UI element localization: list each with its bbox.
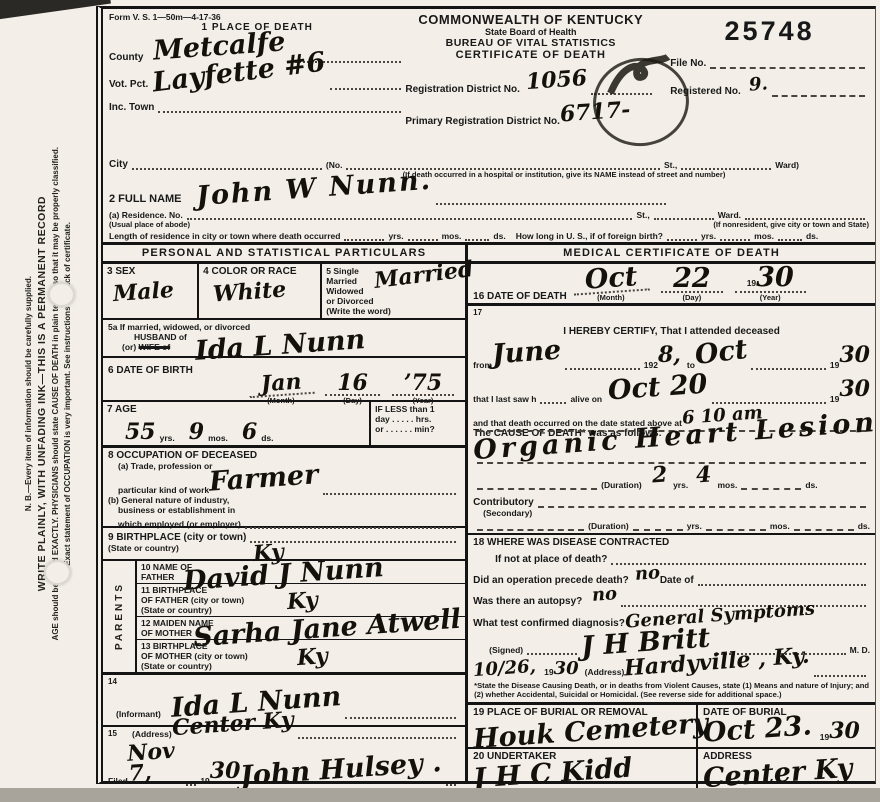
father-bp-value: Ky [286,590,318,612]
lastsaw-19: 19 [830,394,839,404]
color-value: White [213,281,287,306]
vot-pct-label: Vot. Pct. [109,79,148,90]
blank-line [446,773,456,787]
blank-line [772,83,865,97]
undertaker-address-value: Center Ky [702,757,853,792]
blank-line [667,234,697,241]
reg-district-label: Registration District No. [405,84,519,95]
contracted-q4: What test confirmed diagnosis? [473,618,625,629]
from-month-value: June [491,339,562,368]
blank-line [132,156,322,170]
yrs-label: yrs. [687,521,702,531]
ds-label: ds. [858,521,870,531]
margin-note-occupation: Exact statement of OCCUPATION is very im… [63,222,72,566]
bureau-title: BUREAU OF VITAL STATISTICS [405,37,656,49]
dob-row: 6 DATE OF BIRTH Jan(Month) 16(Day) ’75(Y… [103,358,465,402]
residence-st-label: St., [636,210,649,220]
ds-label: ds. [493,231,505,241]
undertaker-value: J H C Kidd [472,756,633,791]
contracted-title: 18 WHERE WAS DISEASE CONTRACTED [473,537,870,548]
city-no-label: (No. [326,160,343,170]
age-row: 7 AGE 55 yrs. 9 mos. 6 ds. IF LESS than … [103,402,465,448]
blank-line [706,518,766,532]
ifless-2: day . . . . . hrs. [375,414,461,424]
burial-yy: 30 [829,722,860,742]
from-label: from [473,360,492,370]
blank-line [323,481,457,495]
margin-note-nb: N. B.—Every item of information should b… [24,276,33,511]
duration-label: (Duration) [588,521,629,531]
to-label: to [687,360,695,370]
dob-month-value: Jan [248,372,314,398]
sex-cell: 3 SEX Male [103,264,197,318]
burial-date-cell: DATE OF BURIAL Oct 23. 19 30 [696,705,875,747]
sig-19: 19 [544,667,553,677]
blank-line [344,234,384,241]
length-label: Length of residence in city or town wher… [109,231,340,241]
age-mos-value: 9 [189,423,204,443]
father-name-row: 10 NAME OF FATHER David J Nunn [137,561,465,584]
color-label: 4 COLOR OR RACE [203,266,316,277]
blank-line [186,773,196,787]
ifless-1: IF LESS than 1 [375,404,461,414]
filed-yy: 30 [210,762,241,782]
city-ward-label: Ward) [775,160,799,170]
city-row: City (No. St., Ward) (If death occurred … [103,155,875,180]
lastsaw-label: that I last saw h [473,394,536,404]
ifless-3: or . . . . . . min? [375,424,461,434]
hole-punch [44,560,71,585]
filed-date: Nov 7, [127,741,184,784]
blank-line [710,55,865,69]
lastsaw-yy-value: 30 [839,380,870,400]
serial-number: 25748 [670,16,869,47]
registered-no-value: 9. [748,76,768,93]
dod-19: 19 [747,278,756,288]
hole-punch [48,282,75,307]
autopsy-answer: no [592,586,618,604]
filed-row: 15 Filed Nov 7, 19 30 John Hulsey . Regi… [103,727,465,781]
blank-line [633,518,683,532]
date-of-death-row: 16 DATE OF DEATH Oct(Month) 22(Day) 1930… [468,264,875,306]
secondary-label: (Secondary) [473,508,870,518]
disease-contracted-block: 18 WHERE WAS DISEASE CONTRACTED If not a… [468,535,875,678]
spouse-label-3: (or) [122,342,136,352]
dod-label: 16 DATE OF DEATH [473,291,567,302]
margin-note-write-plainly: WRITE PLAINLY, WITH UNFADING INK—THIS IS… [36,196,48,591]
residence-label: (a) Residence. No. [109,210,183,220]
mother-birthplace-row: 13 BIRTHPLACE OF MOTHER (city or town) (… [137,640,465,672]
alive-label: alive on [570,394,602,404]
month-caption: (Month) [597,293,624,302]
binding-margin: N. B.—Every item of information should b… [0,0,96,788]
age-label: 7 AGE [107,404,365,415]
inc-town-label: Inc. Town [109,102,154,113]
form-number: Form V. S. 1—50m—4-17-36 [109,12,405,22]
marital-cell: 5 Single Married Widowed or Divorced (Wr… [320,264,465,318]
blank-line [741,477,801,491]
age-yrs-label: yrs. [160,433,175,443]
occupation-row: 8 OCCUPATION OF DECEASED (a) Trade, prof… [103,448,465,528]
signature-yy: 30 [554,661,579,677]
primary-district-label: Primary Registration District No. [405,116,559,127]
personal-column: PERSONAL AND STATISTICAL PARTICULARS 3 S… [103,245,468,781]
abode-note: (Usual place of abode) [109,220,190,229]
blank-line [477,477,597,491]
undertaker-address-cell: ADDRESS Center Ky [696,747,875,789]
stamp-scribble [596,49,687,114]
if-less-cell: IF LESS than 1 day . . . . . hrs. or . .… [369,402,465,445]
medical-column: MEDICAL CERTIFICATE OF DEATH 16 DATE OF … [468,245,875,781]
from-192: 192 [644,360,658,370]
certify-number: 17 [473,308,482,317]
birthplace-row: 9 BIRTHPLACE (city or town) (State or co… [103,528,465,561]
blank-line [654,207,714,221]
blank-line [345,705,456,719]
informant-label: (Informant) [116,709,161,719]
blank-line [465,234,489,241]
blank-line [538,494,866,508]
blank-line [681,156,771,170]
cause-duration-yrs: 2 [651,466,668,487]
blank-line [330,76,401,90]
yrs-label: yrs. [388,231,403,241]
informant-number: 14 [108,677,117,686]
birthplace-label: 9 BIRTHPLACE (city or town) [108,532,246,543]
blank-line [245,515,456,529]
yrs-label: yrs. [673,480,688,490]
mos-label: mos. [754,231,774,241]
board-title: State Board of Health [405,27,656,37]
occ-a-label-2: particular kind of work [108,485,209,495]
blank-line [720,234,750,241]
occupation-label: 8 OCCUPATION OF DECEASED [108,450,460,461]
contracted-q3: Was there an autopsy? [473,596,582,607]
city-label: City [109,159,128,170]
parents-side-label-cell: PARENTS [103,561,137,672]
age-ds-value: 6 [242,423,257,443]
length-of-residence-row: Length of residence in city or town wher… [103,230,875,242]
ds-label: ds. [806,231,818,241]
full-name-row: 2 FULL NAME John W Nunn. [103,180,875,206]
marital-label-4: or Divorced [326,296,461,306]
mother-bp-value: Ky [296,646,328,668]
age-mos-label: mos. [208,433,228,443]
contracted-q2b: Date of [660,575,694,586]
burial-block: 19 PLACE OF BURIAL OR REMOVAL Houk Cemet… [468,705,875,789]
scan-bottom-band [0,788,880,802]
blank-line [794,518,854,532]
blank-line [527,641,577,655]
hospital-note: (If death occurred in a hospital or inst… [109,170,869,179]
form-header: Form V. S. 1—50m—4-17-36 1 PLACE OF DEAT… [103,9,875,155]
contributory-block: Contributory (Secondary) (Duration) yrs.… [468,492,875,535]
yrs-label: yrs. [701,231,716,241]
mos-label: mos. [718,480,738,490]
sex-value: Male [112,281,174,305]
parents-block: PARENTS 10 NAME OF FATHER David J Nunn 1… [103,561,465,675]
blank-line [814,663,866,677]
birthplace-sub-label: (State or country) [108,543,460,553]
from-year-value: 8, [658,346,681,366]
occ-b-label-1: (b) General nature of industry, [108,495,460,505]
dod-day-value: 22 [661,267,723,293]
md-label: M. D. [850,645,870,655]
city-st-label: St., [664,160,677,170]
mother-name-row: 12 MAIDEN NAME OF MOTHER Sarha Jane Atwe… [137,617,465,640]
certificate-form: Form V. S. 1—50m—4-17-36 1 PLACE OF DEAT… [96,6,876,784]
dob-day-value: 16 [325,374,380,396]
lastsaw-date-value: Oct 20 [607,372,708,403]
dod-month-value: Oct [572,265,650,297]
burial-date-value: Oct 23. [702,714,812,746]
county-label: County [109,52,143,63]
burial-place-cell: 19 PLACE OF BURIAL OR REMOVAL Houk Cemet… [468,705,696,747]
marital-label-5: (Write the word) [326,306,461,316]
main-grid: PERSONAL AND STATISTICAL PARTICULARS 3 S… [103,242,875,781]
title-block: COMMONWEALTH OF KENTUCKY State Board of … [405,12,656,155]
residence-row: (a) Residence. No. St., Ward. (Usual pla… [103,206,875,231]
occ-b-label-2: business or establishment in [108,505,460,515]
signature-date: 10/26, [473,658,537,679]
age-ds-label: ds. [261,433,273,443]
residence-ward-label: Ward. [718,210,741,220]
full-name-label: 2 FULL NAME [109,193,182,205]
occupation-value: Farmer [208,463,319,495]
file-numbers-block: 25748 File No. Registered No. 9. [656,12,869,155]
cause-duration-mos: 4 [696,466,713,487]
howlong-label: How long in U. S., if of foreign birth? [516,231,663,241]
mos-label: mos. [770,521,790,531]
blank-line [698,573,866,587]
blank-line [751,356,826,370]
year-caption: (Year) [760,293,781,302]
reg-district-value: 1056 [525,69,587,93]
undertaker-cell: 20 UNDERTAKER J H C Kidd [468,747,696,789]
filed-label: Filed [108,776,128,786]
place-of-death-block: Form V. S. 1—50m—4-17-36 1 PLACE OF DEAT… [109,12,405,155]
blank-line [158,100,401,114]
blank-line [565,356,640,370]
blank-line [778,234,802,241]
blank-line [712,390,826,404]
operation-answer: no [634,565,660,583]
sex-label: 3 SEX [107,266,193,277]
blank-line [436,191,666,205]
sig-address-label: (Address) [585,667,625,677]
burial-19: 19 [820,732,829,742]
filed-number: 15 [108,729,117,738]
medical-title: MEDICAL CERTIFICATE OF DEATH [468,245,875,264]
sex-color-marital-row: 3 SEX Male 4 COLOR OR RACE White 5 Singl… [103,264,465,320]
signed-label: (Signed) [489,645,523,655]
blank-line [408,234,438,241]
duration-label: (Duration) [601,480,642,490]
cause-block: Organic Heart Lesion (Duration) 2 yrs. 4… [468,416,875,492]
to-yy-value: 30 [839,346,870,366]
filed-19: 19 [200,776,209,786]
age-cell: 7 AGE 55 yrs. 9 mos. 6 ds. [103,402,369,445]
blank-line [745,207,865,221]
mos-label: mos. [442,231,462,241]
day-caption: (Day) [683,293,702,302]
blank-line [540,390,566,404]
contributory-label: Contributory [473,497,534,508]
registrar-signature: John Hulsey . [240,751,443,789]
certify-block: 17 I HEREBY CERTIFY, That I attended dec… [468,306,875,416]
spouse-label-wife: WIFE of [139,342,171,352]
to-month-value: Oct [694,338,749,369]
to-19: 19 [830,360,839,370]
nonresident-note: (If nonresident, give city or town and S… [713,220,869,229]
blank-line [477,518,584,532]
commonwealth-title: COMMONWEALTH OF KENTUCKY [405,12,656,27]
dod-yy-value: 30 [756,262,794,293]
blank-line [187,207,633,221]
color-cell: 4 COLOR OR RACE White [197,264,320,318]
age-yrs-value: 55 [125,423,156,443]
dob-year-value: ’75 [392,374,454,396]
dob-label: 6 DATE OF BIRTH [108,365,193,376]
ds-label: ds. [805,480,817,490]
parents-side-label: PARENTS [114,582,125,650]
personal-title: PERSONAL AND STATISTICAL PARTICULARS [103,245,465,264]
informant-row: 14 (Informant) Ida L Nunn (Address) Cent… [103,675,465,727]
contracted-q1: If not at place of death? [495,554,607,565]
spouse-row: 5a If married, widowed, or divorced HUSB… [103,320,465,357]
cause-footnote: *State the Disease Causing Death, or in … [468,679,875,705]
